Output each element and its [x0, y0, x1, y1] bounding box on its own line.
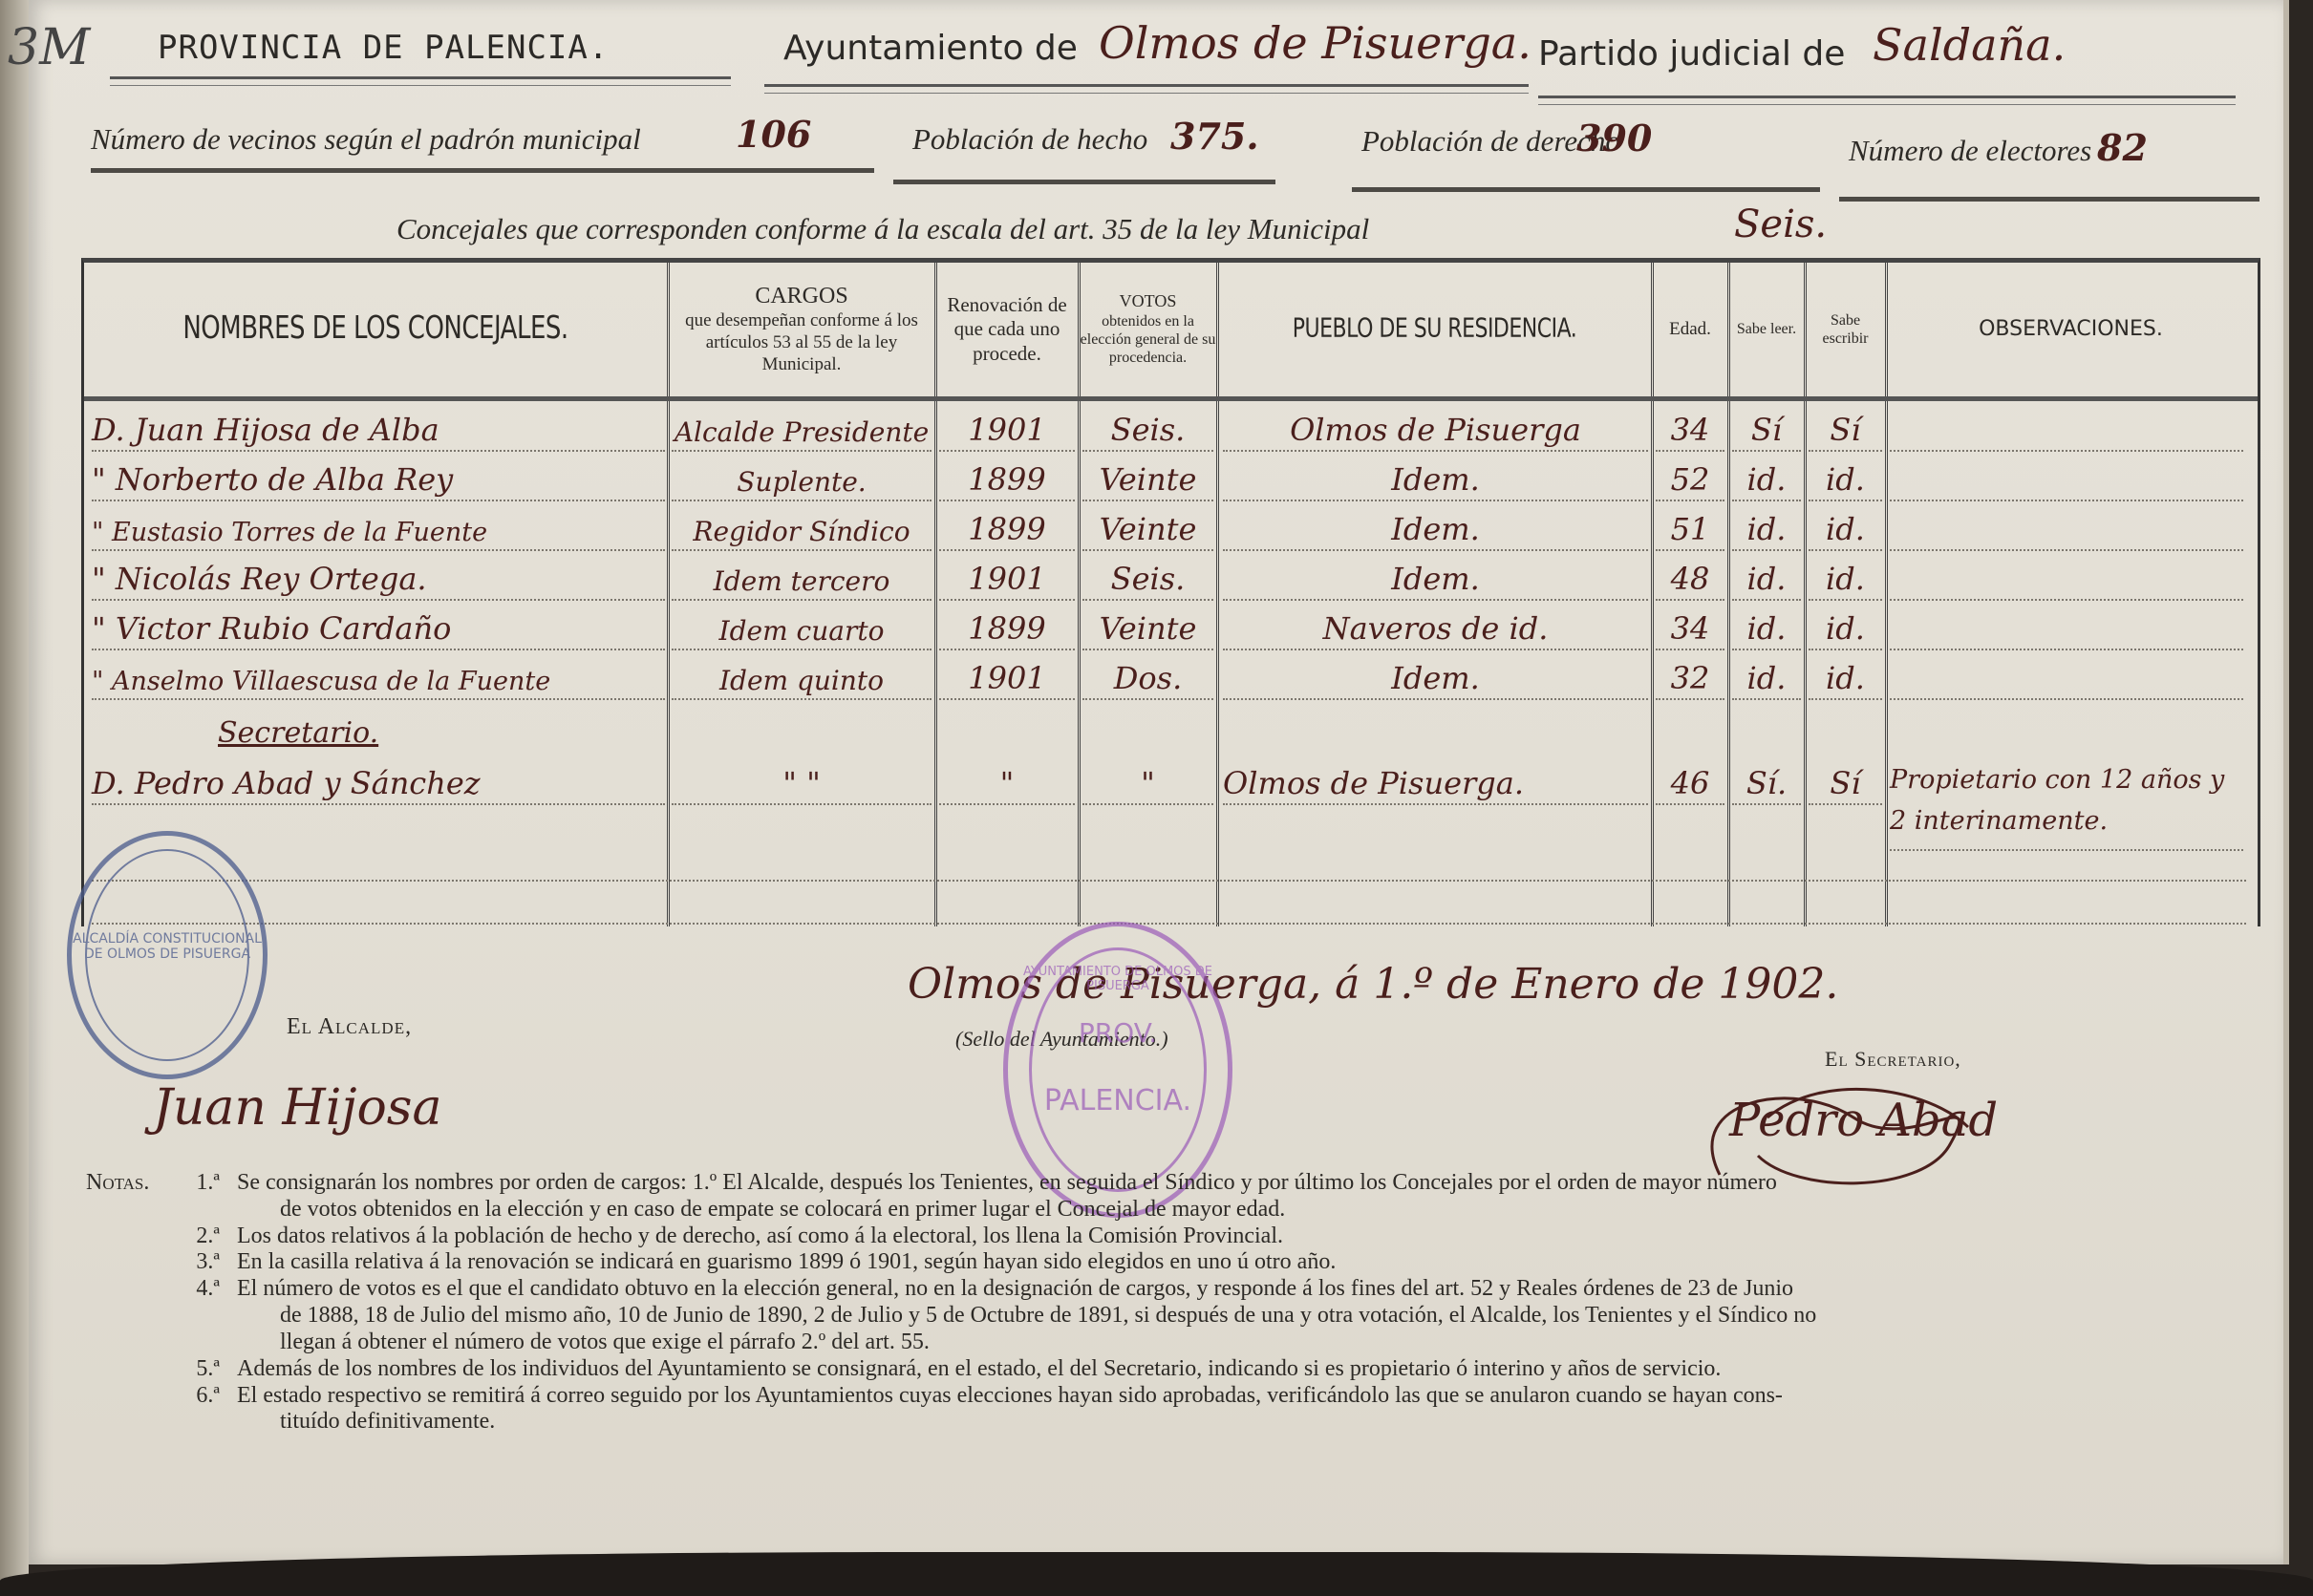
- cell-escribir: id.: [1809, 654, 1882, 700]
- header-votos-sub: obtenidos en la elección general de su p…: [1080, 312, 1216, 368]
- vecinos-value: 106: [736, 113, 811, 156]
- cell-observaciones: [1890, 654, 2243, 700]
- note-line: 4.ªEl número de votos es el que el candi…: [86, 1276, 2245, 1303]
- cell-leer: id.: [1732, 456, 1801, 501]
- note-line: 6.ªEl estado respectivo se remitirá á co…: [86, 1383, 2245, 1410]
- cell-pueblo: Olmos de Pisuerga: [1223, 406, 1648, 452]
- table-row: " Victor Rubio CardañoIdem cuarto1899Vei…: [84, 605, 2258, 650]
- note-number: 4.ª: [86, 1276, 237, 1303]
- cell-cargo: Regidor Síndico: [672, 505, 932, 551]
- electores-value: 82: [2097, 126, 2148, 169]
- concejales-table: NOMBRES DE LOS CONCEJALES. CARGOS que de…: [81, 258, 2260, 926]
- cell-pueblo: Idem.: [1223, 505, 1648, 551]
- cell-edad: 48: [1656, 555, 1724, 601]
- cell-edad: 34: [1656, 605, 1724, 650]
- header-cargos: CARGOS que desempeñan conforme á los art…: [669, 263, 934, 396]
- note-line: llegan á obtener el número de votos que …: [86, 1330, 2245, 1356]
- note-text: llegan á obtener el número de votos que …: [280, 1330, 930, 1356]
- cell-nombre: D. Pedro Abad y Sánchez: [92, 759, 665, 805]
- note-text: El número de votos es el que el candidat…: [237, 1276, 1793, 1303]
- header-votos: VOTOS obtenidos en la elección general d…: [1080, 263, 1216, 396]
- cell-pueblo: Idem.: [1223, 555, 1648, 601]
- cell-observaciones: [1890, 505, 2243, 551]
- cell-votos: ": [1082, 759, 1213, 805]
- header-rule: [764, 84, 1529, 94]
- note-text: El estado respectivo se remitirá á corre…: [237, 1383, 1783, 1410]
- cell-nombre: " Nicolás Rey Ortega.: [92, 555, 665, 601]
- cell-renovacion: 1901: [939, 406, 1075, 452]
- note-line: 5.ªAdemás de los nombres de los individu…: [86, 1356, 2245, 1383]
- secretario-heading: Secretario.: [218, 716, 378, 750]
- province-title: PROVINCIA DE PALENCIA.: [158, 29, 609, 67]
- header-leer: Sabe leer.: [1729, 263, 1804, 396]
- cell-votos: Veinte: [1082, 505, 1213, 551]
- note-line: de 1888, 18 de Julio del mismo año, 10 d…: [86, 1303, 2245, 1330]
- notes-label: Notas.: [86, 1170, 149, 1197]
- cell-nombre: " Norberto de Alba Rey: [92, 456, 665, 501]
- cell-votos: Dos.: [1082, 654, 1213, 700]
- cell-pueblo: Naveros de id.: [1223, 605, 1648, 650]
- note-number: 6.ª: [86, 1383, 237, 1410]
- cell-cargo: Alcalde Presidente: [672, 406, 932, 452]
- header-rule: [110, 76, 731, 86]
- note-text: Además de los nombres de los individuos …: [237, 1356, 1721, 1383]
- alcaldia-stamp: ALCALDÍA CONSTITUCIONAL DE OLMOS DE PISU…: [67, 831, 268, 1079]
- ayuntamiento-stamp-outer: AYUNTAMIENTO DE OLMOS DE PISUERGA: [1008, 965, 1228, 993]
- hecho-value: 375.: [1170, 115, 1259, 158]
- cell-observaciones: [1890, 406, 2243, 452]
- cell-cargo: Suplente.: [672, 456, 932, 501]
- header-renovacion: Renovación de que cada uno procede.: [936, 263, 1078, 396]
- note-text: de 1888, 18 de Julio del mismo año, 10 d…: [280, 1303, 1816, 1330]
- empty-row: [84, 879, 2258, 925]
- cell-renovacion: 1899: [939, 505, 1075, 551]
- table-row: " Nicolás Rey Ortega.Idem tercero1901Sei…: [84, 555, 2258, 601]
- note-number: 5.ª: [86, 1356, 237, 1383]
- header-edad: Edad.: [1653, 263, 1727, 396]
- cell-edad: 51: [1656, 505, 1724, 551]
- cell-escribir: Sí: [1809, 406, 1882, 452]
- cell-edad: 46: [1656, 759, 1724, 805]
- alcaldia-stamp-text: ALCALDÍA CONSTITUCIONAL DE OLMOS DE PISU…: [72, 931, 263, 962]
- page-edge-shadow: [0, 1552, 2313, 1596]
- alcalde-label: El Alcalde,: [287, 1014, 412, 1040]
- alcalde-signature: Juan Hijosa: [153, 1079, 441, 1137]
- derecho-value: 390: [1576, 117, 1652, 160]
- cell-nombre: " Eustasio Torres de la Fuente: [92, 505, 665, 551]
- cell-cargo: Idem tercero: [672, 555, 932, 601]
- table-row: " Eustasio Torres de la FuenteRegidor Sí…: [84, 505, 2258, 551]
- note-line: tituído definitivamente.: [86, 1409, 2245, 1436]
- cell-edad: 52: [1656, 456, 1724, 501]
- cell-cargo: Idem quinto: [672, 654, 932, 700]
- ayuntamiento-stamp-palencia: PALENCIA.: [1008, 1084, 1228, 1117]
- cell-renovacion: 1899: [939, 605, 1075, 650]
- ayuntamiento-value: Olmos de Pisuerga.: [1099, 17, 1531, 69]
- cell-observaciones: [1890, 555, 2243, 601]
- cell-nombre: D. Juan Hijosa de Alba: [92, 406, 665, 452]
- header-rule: [1538, 96, 2236, 105]
- cell-nombre: " Anselmo Villaescusa de la Fuente: [92, 654, 665, 700]
- table-row: " Anselmo Villaescusa de la FuenteIdem q…: [84, 654, 2258, 700]
- note-number: 2.ª: [86, 1224, 237, 1250]
- hecho-label: Población de hecho: [912, 122, 1147, 157]
- cell-renovacion: 1901: [939, 654, 1075, 700]
- note-indent: [86, 1303, 280, 1330]
- header-pueblo: PUEBLO DE SU RESIDENCIA.: [1218, 246, 1651, 414]
- note-text: Los datos relativos á la población de he…: [237, 1224, 1283, 1250]
- cell-escribir: id.: [1809, 456, 1882, 501]
- cell-observaciones: [1890, 605, 2243, 650]
- header-cargos-sub: que desempeñan conforme á los artículos …: [669, 310, 934, 375]
- cell-edad: 34: [1656, 406, 1724, 452]
- cell-edad: 32: [1656, 654, 1724, 700]
- header-observaciones: OBSERVACIONES.: [1887, 263, 2255, 396]
- stats-rule: [1352, 187, 1820, 192]
- header-escribir: Sabe escribir: [1806, 263, 1885, 396]
- note-indent: [86, 1197, 280, 1224]
- ayuntamiento-label: Ayuntamiento de: [783, 29, 1078, 68]
- cell-escribir: Sí: [1809, 759, 1882, 805]
- empty-row: [84, 836, 2258, 882]
- stats-rule: [91, 168, 874, 173]
- note-text: Se consignarán los nombres por orden de …: [237, 1170, 1777, 1197]
- note-line: 2.ªLos datos relativos á la población de…: [86, 1224, 2245, 1250]
- note-text: tituído definitivamente.: [280, 1409, 495, 1436]
- partido-label: Partido judicial de: [1538, 34, 1845, 74]
- table-row: D. Juan Hijosa de AlbaAlcalde Presidente…: [84, 406, 2258, 452]
- table-row: " Norberto de Alba ReySuplente.1899Veint…: [84, 456, 2258, 501]
- note-indent: [86, 1330, 280, 1356]
- cell-votos: Seis.: [1082, 406, 1213, 452]
- note-line: Notas.1.ªSe consignarán los nombres por …: [86, 1170, 2245, 1197]
- vecinos-label: Número de vecinos según el padrón munici…: [91, 122, 641, 157]
- header-cargos-title: CARGOS: [755, 283, 847, 310]
- cell-votos: Veinte: [1082, 605, 1213, 650]
- cell-pueblo: Olmos de Pisuerga.: [1223, 759, 1648, 805]
- cell-renovacion: ": [939, 759, 1075, 805]
- header-nombres: NOMBRES DE LOS CONCEJALES.: [84, 246, 667, 414]
- cell-votos: Seis.: [1082, 555, 1213, 601]
- cell-renovacion: 1901: [939, 555, 1075, 601]
- cell-votos: Veinte: [1082, 456, 1213, 501]
- cell-cargo: " ": [672, 759, 932, 805]
- concejales-label: Concejales que corresponden conforme á l…: [396, 212, 1369, 246]
- partido-value: Saldaña.: [1873, 19, 2066, 71]
- document-page: 3M PROVINCIA DE PALENCIA. Ayuntamiento d…: [29, 0, 2289, 1564]
- concejales-value: Seis.: [1734, 202, 1827, 246]
- header-votos-title: VOTOS: [1120, 291, 1177, 312]
- ayuntamiento-stamp-prov: PROV.: [1008, 1017, 1228, 1049]
- note-line: de votos obtenidos en la elección y en c…: [86, 1197, 2245, 1224]
- cell-renovacion: 1899: [939, 456, 1075, 501]
- electores-label: Número de electores: [1849, 134, 2091, 168]
- header-separator: [84, 396, 2258, 401]
- cell-leer: id.: [1732, 555, 1801, 601]
- note-indent: [86, 1409, 280, 1436]
- cell-escribir: id.: [1809, 505, 1882, 551]
- cell-leer: id.: [1732, 605, 1801, 650]
- book-spine: [0, 0, 29, 1596]
- notes-section: Notas.1.ªSe consignarán los nombres por …: [86, 1170, 2245, 1436]
- stats-rule: [893, 180, 1275, 184]
- stats-rule: [1839, 197, 2259, 202]
- cell-leer: Sí.: [1732, 759, 1801, 805]
- cell-leer: Sí: [1732, 406, 1801, 452]
- cell-escribir: id.: [1809, 605, 1882, 650]
- secretario-row: D. Pedro Abad y Sánchez " " " " Olmos de…: [84, 759, 2258, 805]
- cell-nombre: " Victor Rubio Cardaño: [92, 605, 665, 650]
- note-text: En la casilla relativa á la renovación s…: [237, 1249, 1336, 1276]
- cell-leer: id.: [1732, 505, 1801, 551]
- note-line: 3.ªEn la casilla relativa á la renovació…: [86, 1249, 2245, 1276]
- margin-note: 3M: [8, 19, 90, 76]
- cell-observaciones: [1890, 456, 2243, 501]
- cell-leer: id.: [1732, 654, 1801, 700]
- cell-pueblo: Idem.: [1223, 654, 1648, 700]
- cell-pueblo: Idem.: [1223, 456, 1648, 501]
- note-number: 3.ª: [86, 1249, 237, 1276]
- cell-cargo: Idem cuarto: [672, 605, 932, 650]
- note-text: de votos obtenidos en la elección y en c…: [280, 1197, 1285, 1224]
- cell-escribir: id.: [1809, 555, 1882, 601]
